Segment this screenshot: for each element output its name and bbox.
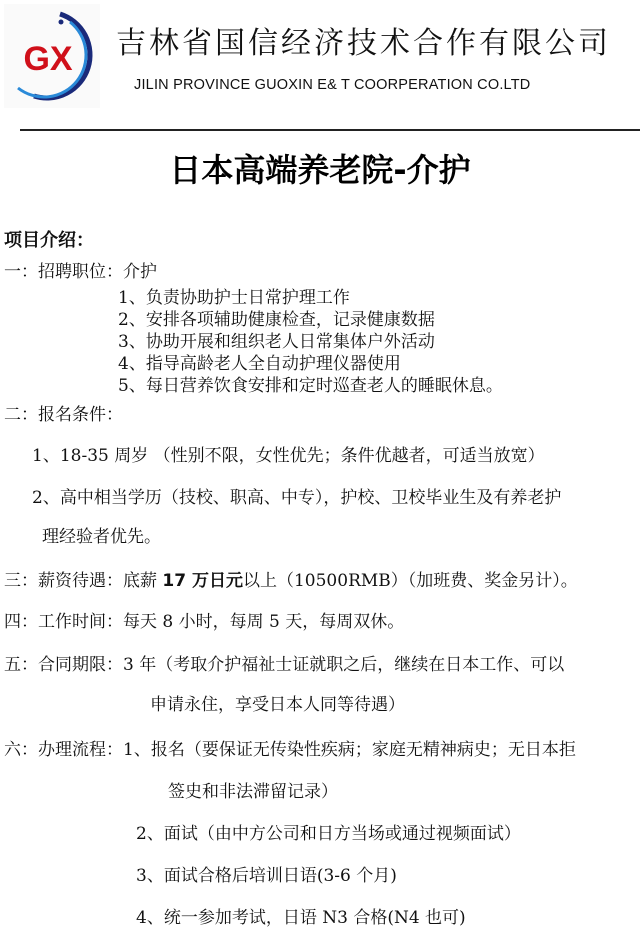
duty-item: 5、每日营养饮食安排和定时巡查老人的睡眠休息。 bbox=[118, 371, 503, 396]
requirement-item-continued: 理经验者优先。 bbox=[42, 522, 161, 547]
position-label: 一：招聘职位：介护 bbox=[4, 257, 157, 282]
company-name-cn: 吉林省国信经济技术合作有限公司 bbox=[116, 18, 611, 62]
logo-text: GX bbox=[23, 40, 72, 78]
salary-amount: 17 万日元 bbox=[162, 571, 243, 591]
intro-heading: 项目介绍： bbox=[4, 226, 94, 252]
process-step-continued: 签史和非法滞留记录） bbox=[168, 777, 338, 802]
process-step: 4、统一参加考试，日语 N3 合格(N4 也可) bbox=[136, 903, 466, 928]
salary-line: 三：薪资待遇：底薪 17 万日元以上（10500RMB）（加班费、奖金另计）。 bbox=[4, 566, 578, 591]
company-name-en: JILIN PROVINCE GUOXIN E& T COORPERATION … bbox=[134, 77, 530, 93]
process-step: 3、面试合格后培训日语(3-6 个月) bbox=[136, 861, 397, 886]
process-label: 六：办理流程： bbox=[4, 740, 123, 760]
header-divider bbox=[20, 129, 640, 131]
gx-logo-icon: GX bbox=[4, 4, 100, 108]
process-step: 1、报名（要保证无传染性疾病；家庭无精神病史；无日本拒 bbox=[123, 740, 576, 760]
salary-prefix: 三：薪资待遇：底薪 bbox=[4, 571, 162, 591]
page-title: 日本高端养老院-介护 bbox=[0, 145, 640, 191]
company-logo: GX bbox=[4, 4, 100, 108]
requirement-item: 2、高中相当学历（技校、职高、中专），护校、卫校毕业生及有养老护 bbox=[32, 483, 561, 508]
process-step: 2、面试（由中方公司和日方当场或通过视频面试） bbox=[136, 819, 521, 844]
process-line: 六：办理流程：1、报名（要保证无传染性疾病；家庭无精神病史；无日本拒 bbox=[4, 735, 576, 760]
requirement-item: 1、18-35 周岁 （性别不限，女性优先；条件优越者，可适当放宽） bbox=[32, 441, 545, 466]
contract-line-continued: 申请永住，享受日本人同等待遇） bbox=[150, 690, 405, 715]
requirements-label: 二：报名条件： bbox=[4, 400, 123, 425]
hours-line: 四：工作时间：每天 8 小时，每周 5 天，每周双休。 bbox=[4, 607, 404, 632]
contract-line: 五：合同期限：3 年（考取介护福祉士证就职之后，继续在日本工作、可以 bbox=[4, 650, 564, 675]
salary-suffix: 以上（10500RMB）（加班费、奖金另计）。 bbox=[243, 571, 578, 591]
